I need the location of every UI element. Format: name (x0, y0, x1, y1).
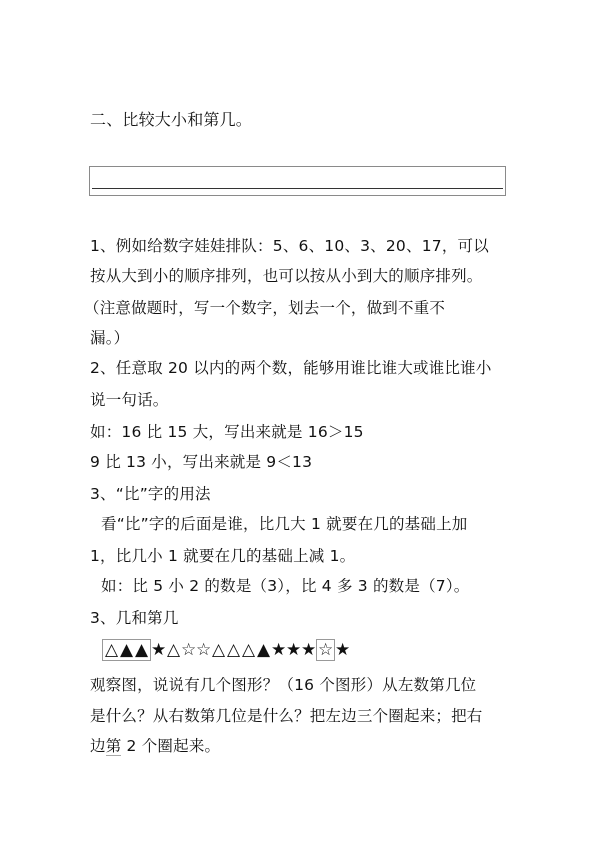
hollow-star-icon: ☆ (196, 638, 211, 662)
hollow-triangle-icon: △ (226, 638, 241, 662)
right-group-box: ☆ (316, 639, 335, 661)
filled-triangle-icon: ▲ (256, 638, 271, 662)
document-page: 二、比较大小和第几。 1、例如给数字娃娃排队：5、6、10、3、20、17，可以… (0, 0, 595, 842)
item4-line3-underlined: 第 (106, 737, 122, 756)
item2-example2: 9 比 13 小，写出来就是 9＜13 (90, 452, 312, 472)
filled-star-icon: ★ (286, 638, 301, 662)
item4-line2: 是什么？从右数第几位是什么？把左边三个圈起来；把右 (90, 706, 483, 726)
filled-star-icon: ★ (271, 638, 286, 662)
hollow-star-icon: ☆ (181, 638, 196, 662)
item2-line2: 说一句话。 (90, 390, 169, 410)
item1-line1: 1、例如给数字娃娃排队：5、6、10、3、20、17，可以 (90, 236, 489, 256)
filled-star-icon: ★ (151, 638, 166, 662)
hollow-triangle-icon: △ (166, 638, 181, 662)
item4-heading: 3、几和第几 (90, 608, 179, 628)
item3-line1: 看“比”字的后面是谁，比几大 1 就要在几的基础上加 (101, 514, 467, 534)
filled-star-icon: ★ (301, 638, 316, 662)
filled-triangle-icon: ▲ (119, 638, 134, 662)
item3-line2: 1，比几小 1 就要在几的基础上减 1。 (90, 546, 355, 566)
item4-line3: 边第 2 个圈起来。 (90, 736, 220, 756)
left-group-box: △ ▲ ▲ (102, 639, 151, 661)
hollow-triangle-icon: △ (211, 638, 226, 662)
item4-line1: 观察图，说说有几个图形？（16 个图形）从左数第几位 (90, 675, 476, 695)
shape-sequence: △ ▲ ▲ ★ △ ☆ ☆ △ △ △ ▲ ★ ★ ★ ☆ ★ (102, 638, 350, 662)
item1-line2: 按从大到小的顺序排列，也可以按从小到大的顺序排列。 (90, 266, 483, 286)
item3-heading: 3、“比”字的用法 (90, 484, 211, 504)
item1-line4: 漏。） (90, 328, 129, 348)
answer-box[interactable] (89, 166, 506, 196)
hollow-star-icon: ☆ (318, 638, 333, 662)
item2-line1: 2、任意取 20 以内的两个数，能够用谁比谁大或谁比谁小 (90, 358, 492, 378)
filled-star-icon: ★ (335, 638, 350, 662)
hollow-triangle-icon: △ (241, 638, 256, 662)
item2-example1: 如：16 比 15 大，写出来就是 16＞15 (90, 422, 364, 442)
item4-line3-post: 2 个圈起来。 (121, 737, 220, 755)
item1-line3: （注意做题时，写一个数字，划去一个，做到不重不 (84, 298, 445, 318)
item3-example: 如：比 5 小 2 的数是（3），比 4 多 3 的数是（7）。 (101, 576, 470, 596)
filled-triangle-icon: ▲ (134, 638, 149, 662)
writing-line (92, 188, 503, 189)
section-heading: 二、比较大小和第几。 (90, 110, 252, 130)
hollow-triangle-icon: △ (104, 638, 119, 662)
item4-line3-pre: 边 (90, 737, 106, 755)
